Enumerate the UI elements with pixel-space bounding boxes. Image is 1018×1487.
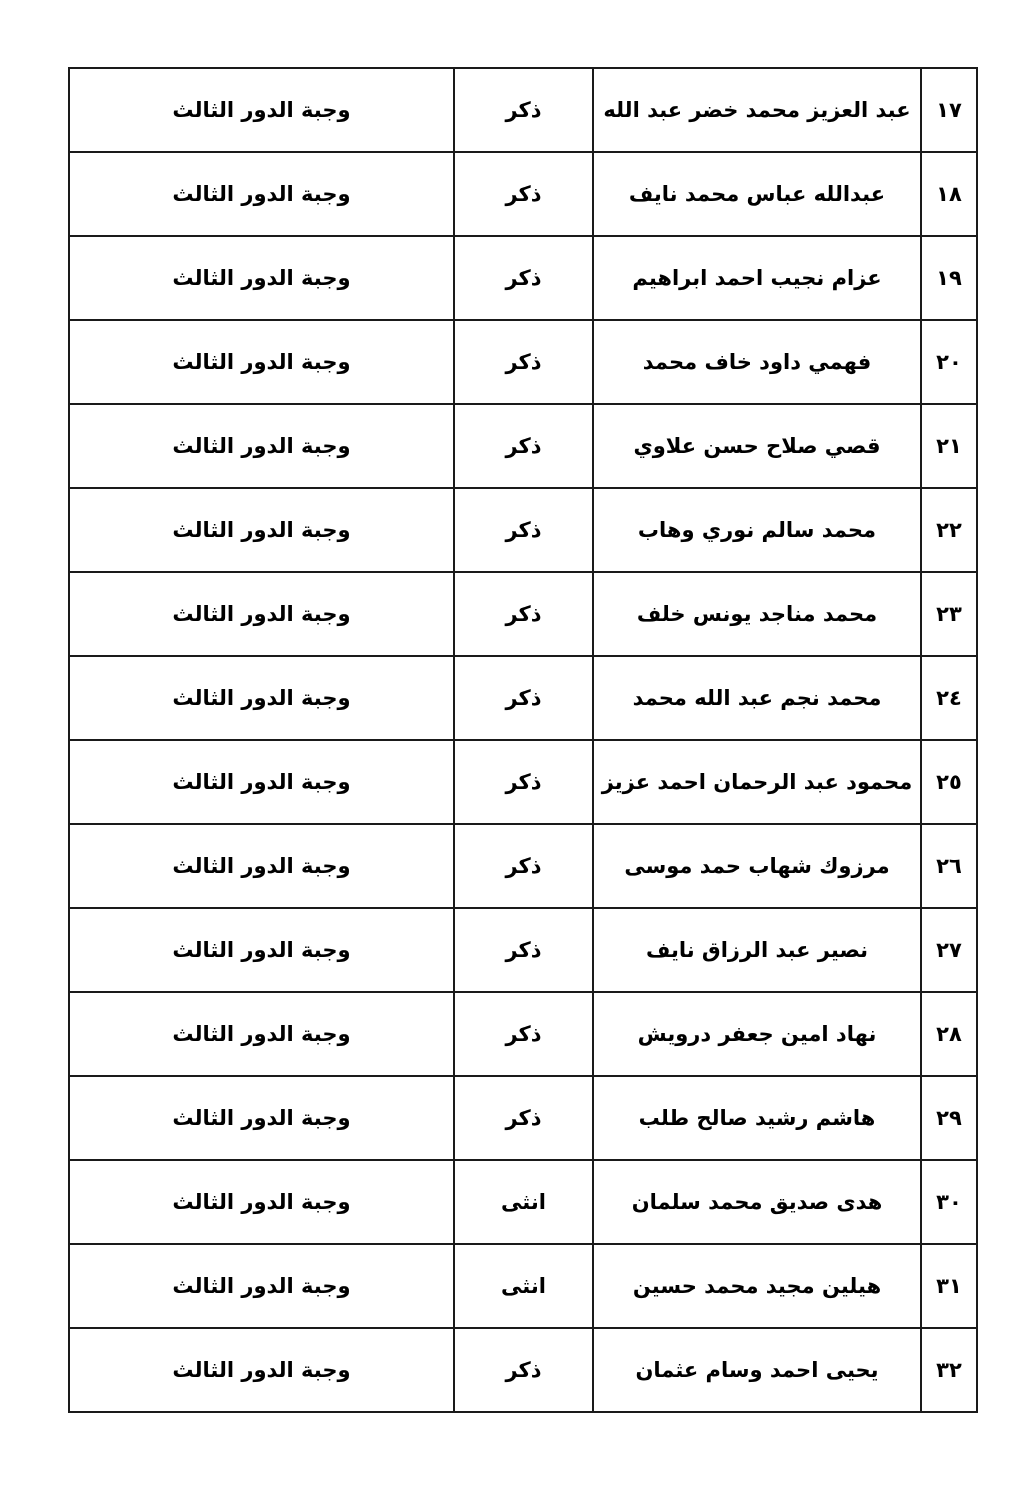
document-page: ١٧ عبد العزيز محمد خضر عبد الله ذكر وجبة… — [68, 67, 978, 1413]
exam-round: وجبة الدور الثالث — [69, 908, 454, 992]
exam-round: وجبة الدور الثالث — [69, 656, 454, 740]
exam-round: وجبة الدور الثالث — [69, 488, 454, 572]
student-name: يحيى احمد وسام عثمان — [593, 1328, 921, 1412]
student-name: فهمي داود خاف محمد — [593, 320, 921, 404]
row-number: ١٩ — [921, 236, 977, 320]
table-row: ٣١ هيلين مجيد محمد حسين انثى وجبة الدور … — [69, 1244, 977, 1328]
row-number: ١٧ — [921, 68, 977, 152]
table-row: ٢٩ هاشم رشيد صالح طلب ذكر وجبة الدور الث… — [69, 1076, 977, 1160]
row-number: ٢٥ — [921, 740, 977, 824]
table-row: ٢٦ مرزوك شهاب حمد موسى ذكر وجبة الدور ال… — [69, 824, 977, 908]
exam-round: وجبة الدور الثالث — [69, 740, 454, 824]
table-row: ٢٨ نهاد امين جعفر درويش ذكر وجبة الدور ا… — [69, 992, 977, 1076]
exam-round: وجبة الدور الثالث — [69, 236, 454, 320]
student-gender: ذكر — [454, 992, 593, 1076]
student-gender: ذكر — [454, 152, 593, 236]
exam-round: وجبة الدور الثالث — [69, 152, 454, 236]
exam-round: وجبة الدور الثالث — [69, 1160, 454, 1244]
student-gender: ذكر — [454, 656, 593, 740]
student-name: محمد مناجد يونس خلف — [593, 572, 921, 656]
student-gender: ذكر — [454, 404, 593, 488]
row-number: ٢٣ — [921, 572, 977, 656]
student-gender: ذكر — [454, 908, 593, 992]
student-gender: ذكر — [454, 740, 593, 824]
row-number: ٢٨ — [921, 992, 977, 1076]
row-number: ٢٩ — [921, 1076, 977, 1160]
table-row: ١٩ عزام نجيب احمد ابراهيم ذكر وجبة الدور… — [69, 236, 977, 320]
row-number: ٢٤ — [921, 656, 977, 740]
exam-round: وجبة الدور الثالث — [69, 404, 454, 488]
table-row: ٢٥ محمود عبد الرحمان احمد عزيز ذكر وجبة … — [69, 740, 977, 824]
exam-round: وجبة الدور الثالث — [69, 1076, 454, 1160]
student-gender: انثى — [454, 1244, 593, 1328]
student-gender: ذكر — [454, 1076, 593, 1160]
exam-round: وجبة الدور الثالث — [69, 992, 454, 1076]
row-number: ٢٧ — [921, 908, 977, 992]
student-name: عزام نجيب احمد ابراهيم — [593, 236, 921, 320]
row-number: ٣٢ — [921, 1328, 977, 1412]
table-row: ٣٢ يحيى احمد وسام عثمان ذكر وجبة الدور ا… — [69, 1328, 977, 1412]
exam-round: وجبة الدور الثالث — [69, 1328, 454, 1412]
student-name: محمد نجم عبد الله محمد — [593, 656, 921, 740]
row-number: ٢٢ — [921, 488, 977, 572]
table-row: ٣٠ هدى صديق محمد سلمان انثى وجبة الدور ا… — [69, 1160, 977, 1244]
student-name: هيلين مجيد محمد حسين — [593, 1244, 921, 1328]
student-name: محمد سالم نوري وهاب — [593, 488, 921, 572]
student-name: محمود عبد الرحمان احمد عزيز — [593, 740, 921, 824]
student-name: قصي صلاح حسن علاوي — [593, 404, 921, 488]
row-number: ١٨ — [921, 152, 977, 236]
table-row: ٢١ قصي صلاح حسن علاوي ذكر وجبة الدور الث… — [69, 404, 977, 488]
row-number: ٣٠ — [921, 1160, 977, 1244]
exam-round: وجبة الدور الثالث — [69, 68, 454, 152]
student-name: هدى صديق محمد سلمان — [593, 1160, 921, 1244]
table-row: ١٧ عبد العزيز محمد خضر عبد الله ذكر وجبة… — [69, 68, 977, 152]
student-gender: ذكر — [454, 824, 593, 908]
table-row: ٢٣ محمد مناجد يونس خلف ذكر وجبة الدور ال… — [69, 572, 977, 656]
student-gender: ذكر — [454, 320, 593, 404]
exam-round: وجبة الدور الثالث — [69, 572, 454, 656]
student-name: مرزوك شهاب حمد موسى — [593, 824, 921, 908]
student-gender: ذكر — [454, 488, 593, 572]
student-name: هاشم رشيد صالح طلب — [593, 1076, 921, 1160]
student-roster-table: ١٧ عبد العزيز محمد خضر عبد الله ذكر وجبة… — [68, 67, 978, 1413]
student-gender: ذكر — [454, 572, 593, 656]
table-row: ١٨ عبدالله عباس محمد نايف ذكر وجبة الدور… — [69, 152, 977, 236]
student-gender: ذكر — [454, 236, 593, 320]
student-name: عبدالله عباس محمد نايف — [593, 152, 921, 236]
student-name: نهاد امين جعفر درويش — [593, 992, 921, 1076]
row-number: ٣١ — [921, 1244, 977, 1328]
table-row: ٢٠ فهمي داود خاف محمد ذكر وجبة الدور الث… — [69, 320, 977, 404]
exam-round: وجبة الدور الثالث — [69, 824, 454, 908]
row-number: ٢٦ — [921, 824, 977, 908]
table-row: ٢٧ نصير عبد الرزاق نايف ذكر وجبة الدور ا… — [69, 908, 977, 992]
exam-round: وجبة الدور الثالث — [69, 320, 454, 404]
student-name: عبد العزيز محمد خضر عبد الله — [593, 68, 921, 152]
student-gender: ذكر — [454, 68, 593, 152]
exam-round: وجبة الدور الثالث — [69, 1244, 454, 1328]
row-number: ٢٠ — [921, 320, 977, 404]
roster-body: ١٧ عبد العزيز محمد خضر عبد الله ذكر وجبة… — [69, 68, 977, 1412]
row-number: ٢١ — [921, 404, 977, 488]
student-gender: انثى — [454, 1160, 593, 1244]
table-row: ٢٢ محمد سالم نوري وهاب ذكر وجبة الدور ال… — [69, 488, 977, 572]
table-row: ٢٤ محمد نجم عبد الله محمد ذكر وجبة الدور… — [69, 656, 977, 740]
student-gender: ذكر — [454, 1328, 593, 1412]
student-name: نصير عبد الرزاق نايف — [593, 908, 921, 992]
